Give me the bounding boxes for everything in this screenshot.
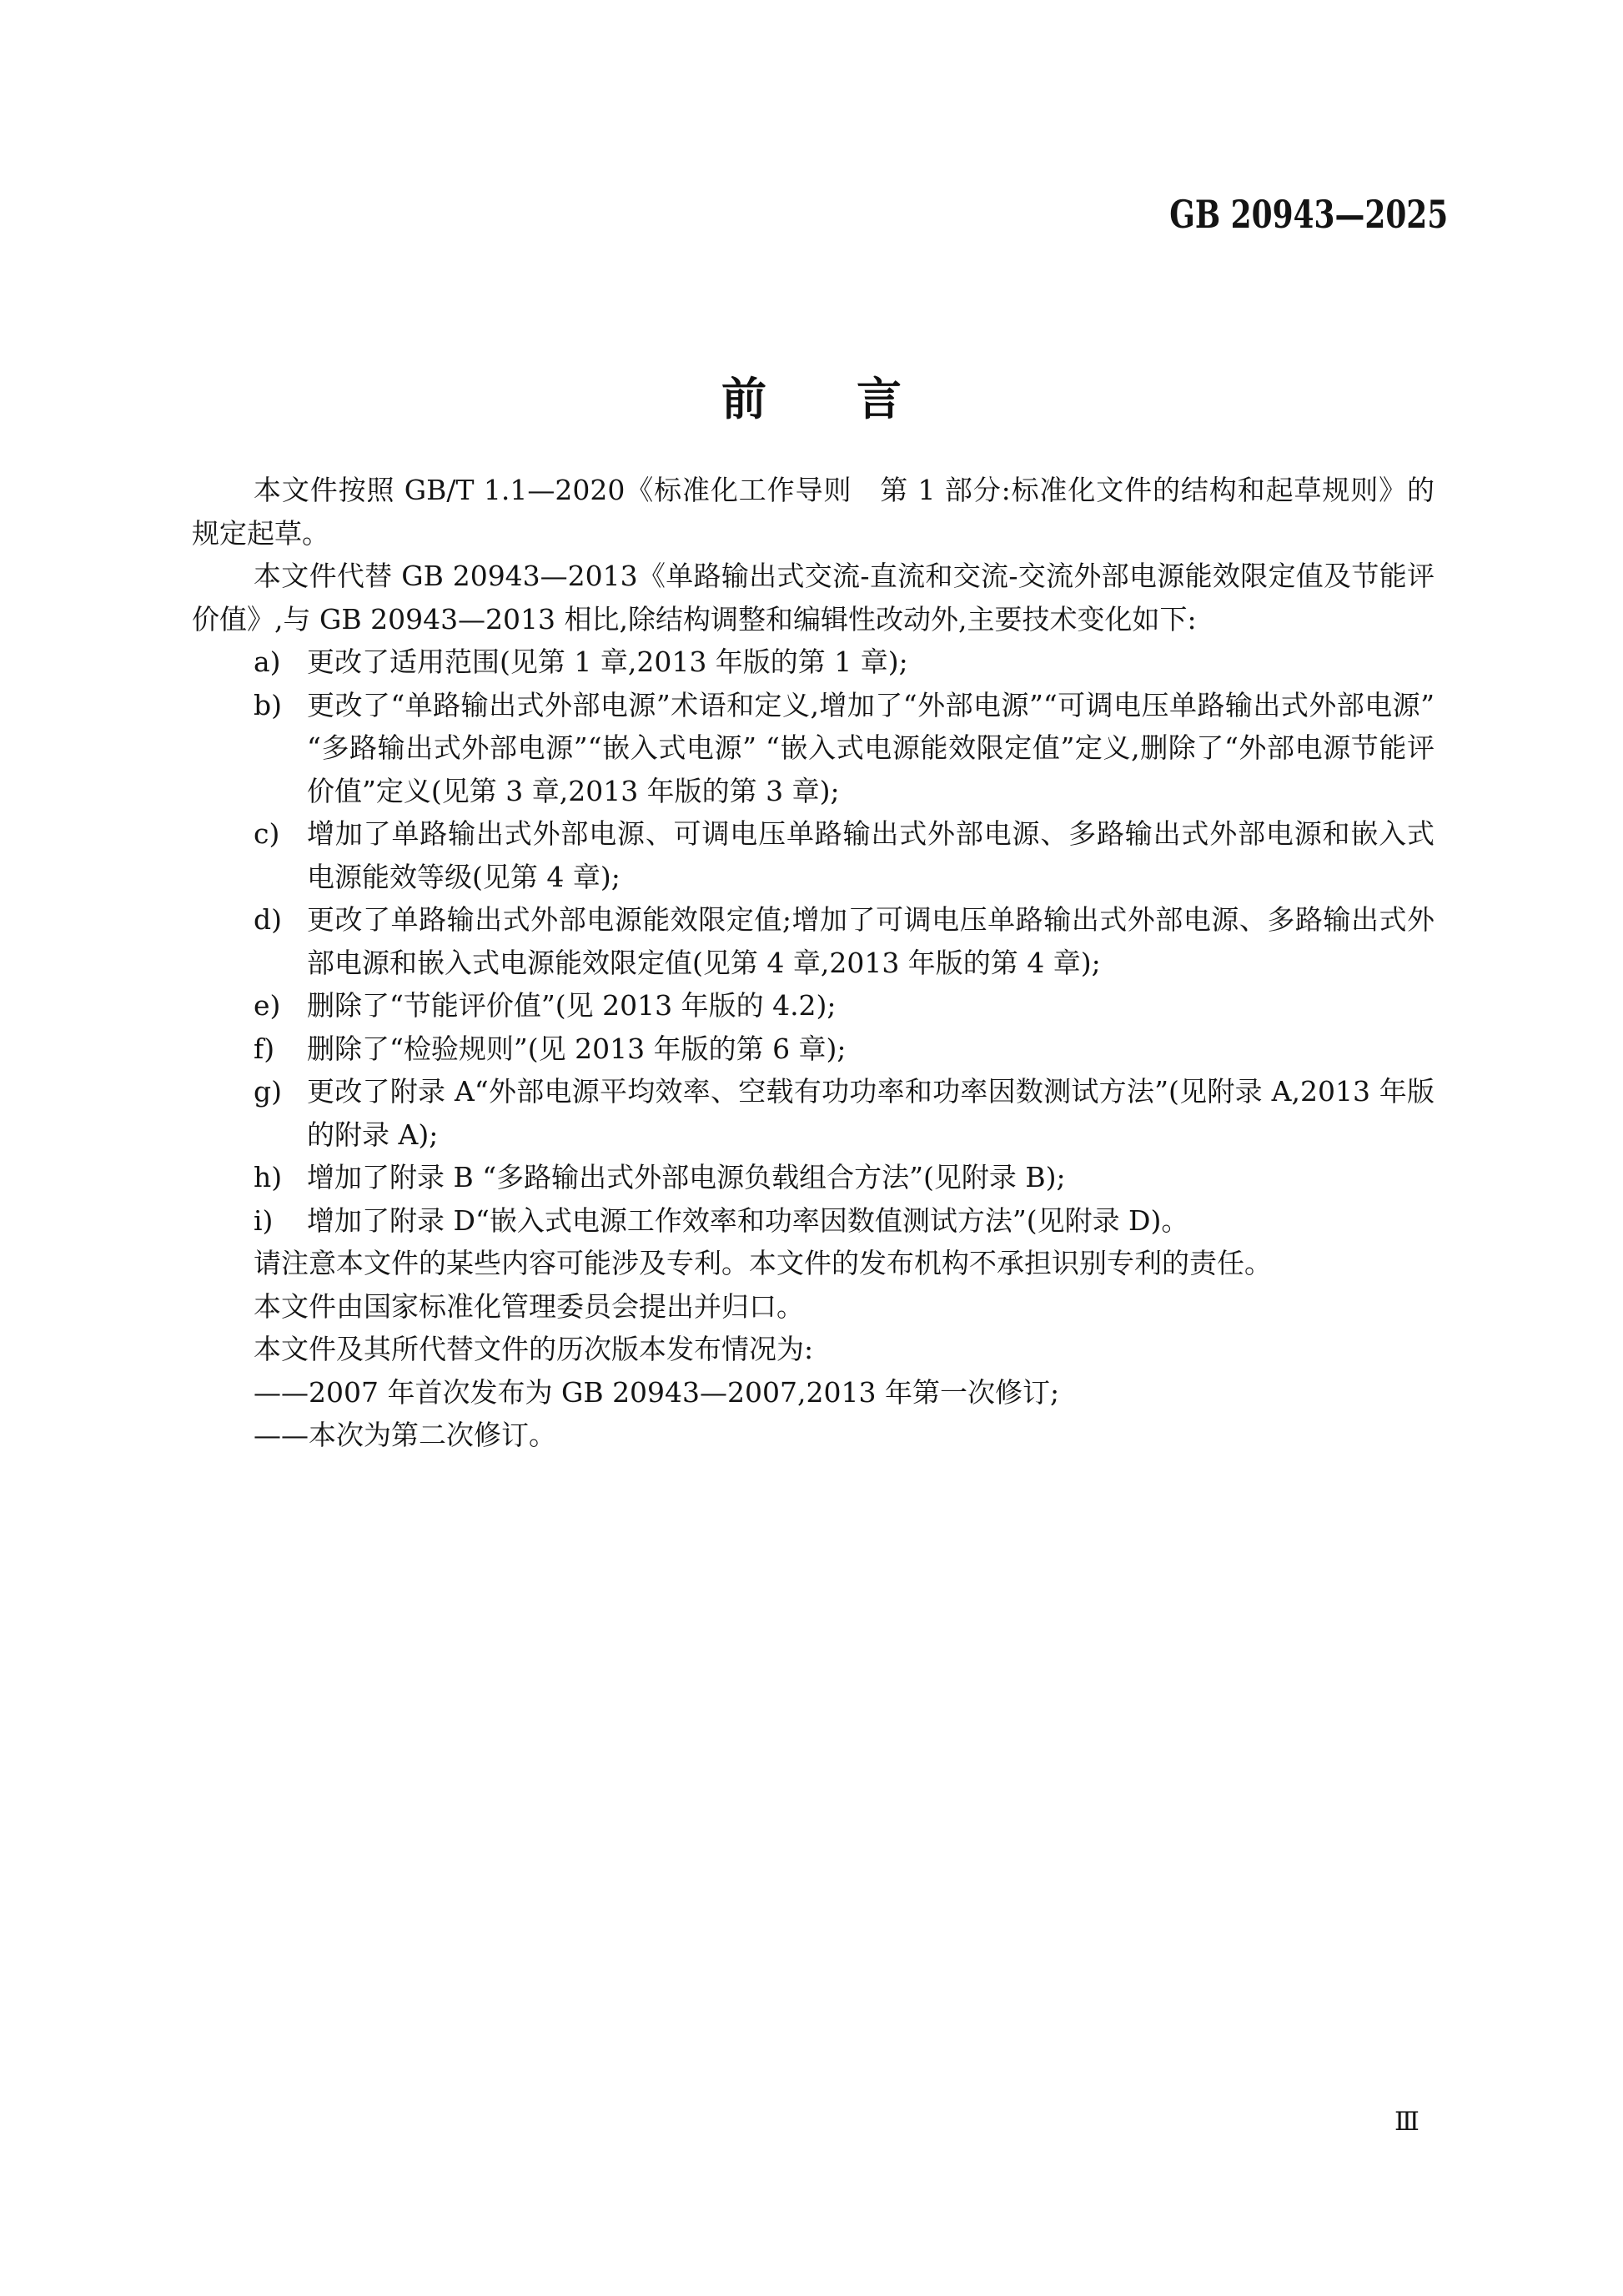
change-item-e-label: e) <box>254 984 280 1027</box>
change-item-c-label: c) <box>254 812 279 856</box>
page-number: Ⅲ <box>1394 2107 1419 2137</box>
change-item-d-label: d) <box>254 898 282 942</box>
change-item-f-text: 删除了“检验规则”(见 2013 年版的第 6 章); <box>307 1032 847 1065</box>
change-item-b: b) 更改了“单路输出式外部电源”术语和定义,增加了“外部电源”“可调电压单路输… <box>192 684 1435 813</box>
change-item-e-text: 删除了“节能评价值”(见 2013 年版的 4.2); <box>307 989 837 1022</box>
change-item-a-label: a) <box>254 641 281 684</box>
change-item-i-label: i) <box>254 1199 273 1243</box>
change-item-d-text: 更改了单路输出式外部电源能效限定值;增加了可调电压单路输出式外部电源、多路输出式… <box>307 903 1435 979</box>
change-item-i: i) 增加了附录 D“嵌入式电源工作效率和功率因数值测试方法”(见附录 D)。 <box>192 1199 1435 1243</box>
history-entry-second-revision: ——本次为第二次修订。 <box>192 1414 1435 1457</box>
change-item-g-label: g) <box>254 1070 282 1113</box>
change-item-h: h) 增加了附录 B “多路输出式外部电源负载组合方法”(见附录 B); <box>192 1156 1435 1199</box>
change-item-e: e) 删除了“节能评价值”(见 2013 年版的 4.2); <box>192 984 1435 1027</box>
change-item-d: d) 更改了单路输出式外部电源能效限定值;增加了可调电压单路输出式外部电源、多路… <box>192 898 1435 984</box>
change-item-f: f) 删除了“检验规则”(见 2013 年版的第 6 章); <box>192 1027 1435 1071</box>
change-item-c-text: 增加了单路输出式外部电源、可调电压单路输出式外部电源、多路输出式外部电源和嵌入式… <box>307 817 1435 893</box>
change-item-h-text: 增加了附录 B “多路输出式外部电源负载组合方法”(见附录 B); <box>307 1161 1066 1193</box>
paragraph-history-intro: 本文件及其所代替文件的历次版本发布情况为: <box>192 1328 1435 1371</box>
paragraph-issuing-body: 本文件由国家标准化管理委员会提出并归口。 <box>192 1285 1435 1329</box>
change-item-b-label: b) <box>254 684 282 727</box>
change-item-g-text: 更改了附录 A“外部电源平均效率、空载有功功率和功率因数测试方法”(见附录 A,… <box>307 1075 1435 1151</box>
change-item-b-text: 更改了“单路输出式外部电源”术语和定义,增加了“外部电源”“可调电压单路输出式外… <box>307 689 1435 807</box>
change-item-i-text: 增加了附录 D“嵌入式电源工作效率和功率因数值测试方法”(见附录 D)。 <box>307 1204 1188 1237</box>
paragraph-patent-notice: 请注意本文件的某些内容可能涉及专利。本文件的发布机构不承担识别专利的责任。 <box>192 1242 1435 1285</box>
change-item-g: g) 更改了附录 A“外部电源平均效率、空载有功功率和功率因数测试方法”(见附录… <box>192 1070 1435 1156</box>
change-item-h-label: h) <box>254 1156 282 1199</box>
standard-number: GB 20943—2025 <box>1169 192 1448 237</box>
change-item-a-text: 更改了适用范围(见第 1 章,2013 年版的第 1 章); <box>307 646 908 678</box>
page-title: 前 言 <box>0 364 1623 428</box>
change-item-f-label: f) <box>254 1027 274 1071</box>
change-item-c: c) 增加了单路输出式外部电源、可调电压单路输出式外部电源、多路输出式外部电源和… <box>192 812 1435 898</box>
document-body: 本文件按照 GB/T 1.1—2020《标准化工作导则 第 1 部分:标准化文件… <box>192 469 1435 1457</box>
paragraph-drafting-basis: 本文件按照 GB/T 1.1—2020《标准化工作导则 第 1 部分:标准化文件… <box>192 469 1435 555</box>
document-page: GB 20943—2025 前 言 本文件按照 GB/T 1.1—2020《标准… <box>0 0 1623 2296</box>
history-entry-first-edition: ——2007 年首次发布为 GB 20943—2007,2013 年第一次修订; <box>192 1371 1435 1414</box>
paragraph-replacement-note: 本文件代替 GB 20943—2013《单路输出式交流-直流和交流-交流外部电源… <box>192 555 1435 641</box>
change-item-a: a) 更改了适用范围(见第 1 章,2013 年版的第 1 章); <box>192 641 1435 684</box>
